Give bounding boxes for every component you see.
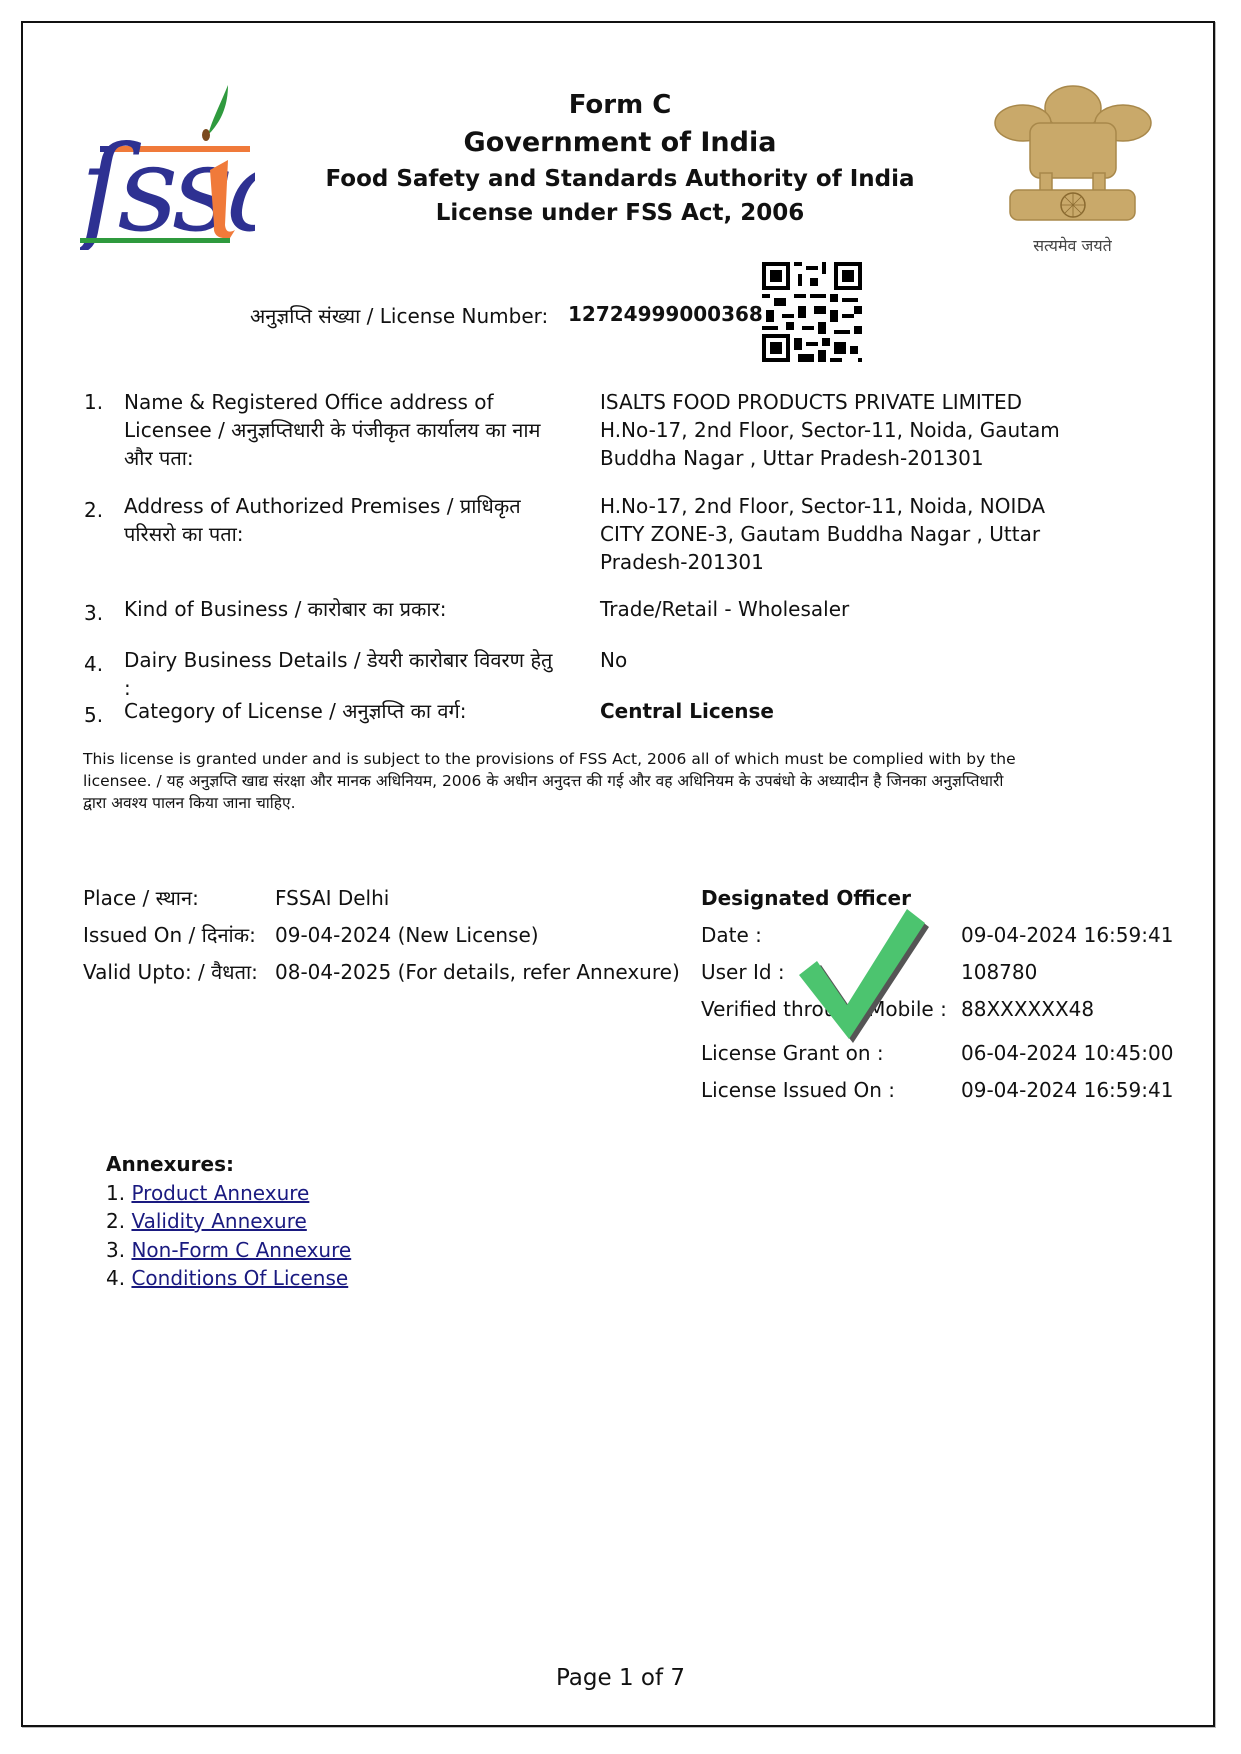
item-label: Category of License / अनुज्ञप्ति का वर्ग… <box>124 697 564 725</box>
annexures-title: Annexures: <box>106 1150 351 1179</box>
government-title: Government of India <box>300 124 940 162</box>
non-form-c-annexure-link[interactable]: Non-Form C Annexure <box>131 1238 351 1262</box>
license-number-label: अनुज्ञप्ति संख्या / License Number: <box>250 302 548 329</box>
item-number: 1. <box>84 388 124 416</box>
item-label: Address of Authorized Premises / प्राधिक… <box>124 492 564 548</box>
annexure-number: 4. <box>106 1266 125 1290</box>
issued-on-value: 09-04-2024 (New License) <box>275 917 539 954</box>
issued-on-label: Issued On / दिनांक: <box>83 917 256 954</box>
annexure-number: 1. <box>106 1181 125 1205</box>
item-number: 5. <box>84 701 124 729</box>
item-number: 4. <box>84 650 124 678</box>
issue-details: Place / स्थान: FSSAI Delhi Issued On / द… <box>83 880 683 991</box>
license-issued-label: License Issued On : <box>701 1072 895 1109</box>
user-id-value: 108780 <box>961 954 1037 991</box>
product-annexure-link[interactable]: Product Annexure <box>131 1181 309 1205</box>
item-value: No <box>600 646 1070 674</box>
annexure-number: 3. <box>106 1238 125 1262</box>
valid-upto-value: 08-04-2025 (For details, refer Annexure) <box>275 954 680 991</box>
form-title: Form C <box>300 86 940 124</box>
note-line: licensee. / यह अनुज्ञप्ति खाद्य संरक्षा … <box>83 770 1063 792</box>
item-label: Kind of Business / कारोबार का प्रकार: <box>124 595 564 623</box>
item-number: 3. <box>84 599 124 627</box>
svg-text:ſssa: ſssa <box>80 120 255 250</box>
qr-code-icon[interactable] <box>762 262 862 362</box>
license-grant-value: 06-04-2024 10:45:00 <box>961 1035 1173 1072</box>
item-label: Dairy Business Details / डेयरी कारोबार व… <box>124 646 564 702</box>
validity-annexure-link[interactable]: Validity Annexure <box>131 1209 306 1233</box>
valid-upto-label: Valid Upto: / वैधता: <box>83 954 258 991</box>
item-value: Trade/Retail - Wholesaler <box>600 595 1070 623</box>
officer-date-value: 09-04-2024 16:59:41 <box>961 917 1173 954</box>
national-emblem: सत्यमेव जयते <box>985 78 1160 258</box>
license-number-value: 12724999000368 <box>568 302 763 326</box>
annexure-number: 2. <box>106 1209 125 1233</box>
act-title: License under FSS Act, 2006 <box>300 196 940 230</box>
item-number: 2. <box>84 496 124 524</box>
designated-officer-block: Designated Officer Date : 09-04-2024 16:… <box>701 880 1181 1109</box>
licensee-address: H.No-17, 2nd Floor, Sector-11, Noida, Ga… <box>600 418 1060 470</box>
conditions-of-license-link[interactable]: Conditions Of License <box>131 1266 348 1290</box>
officer-date-label: Date : <box>701 917 762 954</box>
authority-title: Food Safety and Standards Authority of I… <box>300 162 940 196</box>
item-label: Name & Registered Office address of Lice… <box>124 388 564 472</box>
verified-mobile-value: 88XXXXXX48 <box>961 991 1094 1028</box>
license-issued-value: 09-04-2024 16:59:41 <box>961 1072 1173 1109</box>
item-value: Central License <box>600 697 1070 725</box>
item-value: H.No-17, 2nd Floor, Sector-11, Noida, NO… <box>600 492 1070 576</box>
licensee-name: ISALTS FOOD PRODUCTS PRIVATE LIMITED <box>600 390 1022 414</box>
document-header: Form C Government of India Food Safety a… <box>300 86 940 230</box>
note-line: द्वारा अवश्य पालन किया जाना चाहिए. <box>83 792 1063 814</box>
fssai-logo: ſssa <box>80 80 255 250</box>
place-value: FSSAI Delhi <box>275 880 389 917</box>
place-label: Place / स्थान: <box>83 880 199 917</box>
license-terms-note: This license is granted under and is sub… <box>83 748 1063 814</box>
annexures-section: Annexures: 1. Product Annexure 2. Validi… <box>106 1150 351 1293</box>
user-id-label: User Id : <box>701 954 785 991</box>
page-border <box>21 21 1215 1727</box>
emblem-motto: सत्यमेव जयते <box>985 234 1160 256</box>
item-value: ISALTS FOOD PRODUCTS PRIVATE LIMITED H.N… <box>600 388 1070 472</box>
verified-checkmark-icon <box>795 905 930 1045</box>
note-line: This license is granted under and is sub… <box>83 748 1063 770</box>
page-number: Page 1 of 7 <box>0 1665 1241 1691</box>
